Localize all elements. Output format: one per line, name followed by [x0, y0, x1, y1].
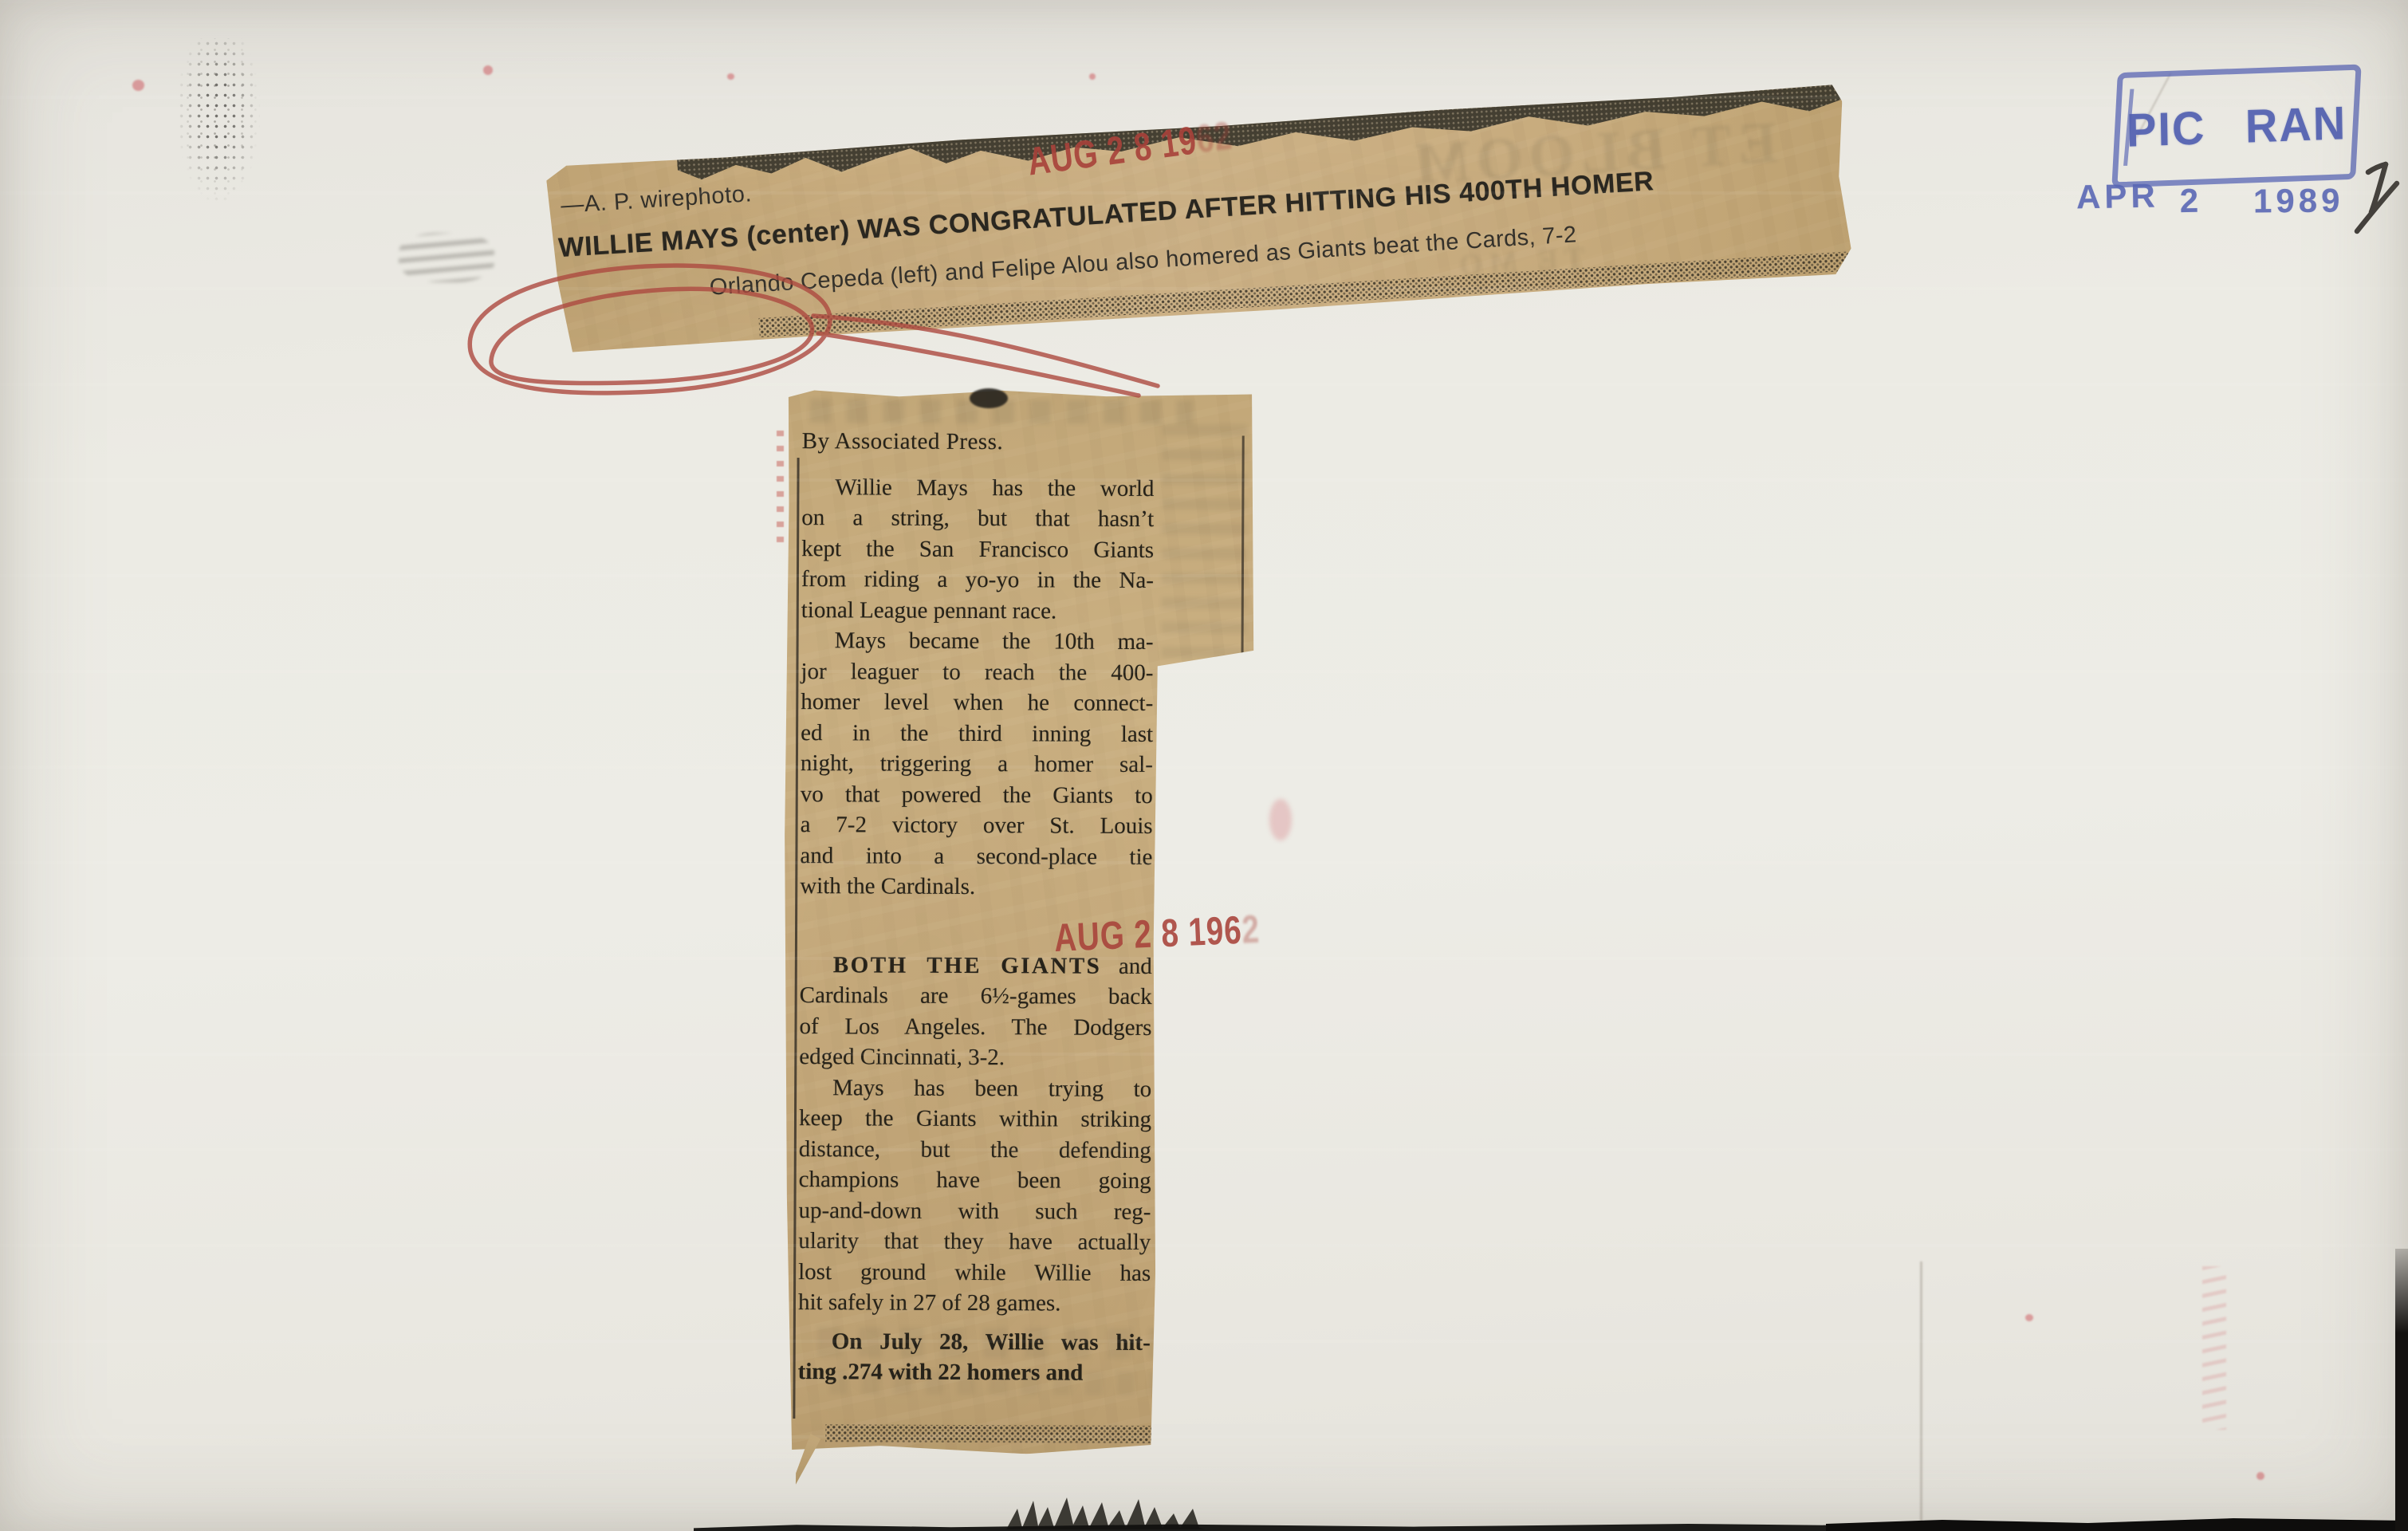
article-line: distance, but the defending — [799, 1134, 1151, 1166]
wirephoto-credit: —A. P. wirephoto. — [560, 181, 753, 219]
article-line: a 7-2 victory over St. Louis — [801, 809, 1153, 841]
article-line: On July 28, Willie was hit- — [798, 1326, 1151, 1358]
paper-crease — [1920, 1261, 1922, 1531]
article-line: hit safely in 27 of 28 games. — [798, 1287, 1151, 1319]
article-line: kept the San Francisco Giants — [801, 533, 1154, 565]
article-line: jor leaguer to reach the 400- — [801, 656, 1153, 688]
date-stamp-year: 1989 — [2253, 182, 2344, 221]
article-line: and into a second-place tie — [800, 840, 1152, 872]
article-text: By Associated Press.Willie Mays has the … — [798, 426, 1155, 1388]
article-line: homer level when he connect- — [801, 687, 1153, 718]
pencil-speck-cluster — [177, 38, 260, 203]
article-line: ularity that they have actually — [798, 1226, 1151, 1257]
article-line: tional League pennant race. — [801, 595, 1154, 627]
pink-ink-speck — [1089, 73, 1096, 80]
article-line: Willie Mays has the world — [801, 472, 1154, 504]
article-line: with the Cardinals. — [800, 871, 1152, 903]
article-line: edged Cincinnati, 3-2. — [799, 1041, 1151, 1073]
pink-speckle-streak — [2202, 1266, 2226, 1430]
article-line: from riding a yo-yo in the Na- — [801, 564, 1154, 596]
handwritten-mark — [2349, 158, 2408, 241]
article-line: ting .274 with 22 homers and — [798, 1356, 1151, 1388]
article-line: Mays became the 10th ma- — [801, 625, 1154, 657]
date-stamp-text-faded: 2 — [1241, 907, 1261, 952]
photo-back-scan: ET BLOOM TE MO —A. P. wirephoto. WILLIE … — [0, 0, 2408, 1531]
date-stamp-aug-28-196x: AUG 2 8 1962 — [1053, 909, 1289, 959]
article-line: lost ground while Willie has — [798, 1257, 1151, 1289]
stamp-month: APR — [2076, 177, 2159, 216]
article-line: up-and-down with such reg- — [798, 1195, 1151, 1227]
article-line: Mays has been trying to — [799, 1072, 1151, 1104]
pink-ink-speck — [2025, 1314, 2033, 1321]
article-line: By Associated Press. — [802, 426, 1155, 458]
article-line: of Los Angeles. The Dodgers — [799, 1011, 1151, 1043]
pink-smear — [1269, 799, 1292, 840]
pic-ran-stamp-label: PIC RAN — [2126, 95, 2347, 157]
column-rule-right — [1241, 435, 1245, 710]
article-line: keep the Giants within striking — [799, 1103, 1151, 1135]
article-line: on a string, but that hasn’t — [801, 502, 1154, 534]
pink-ink-speck — [2257, 1472, 2264, 1480]
red-pen-circle — [415, 231, 1196, 415]
halftone-dot-band — [825, 1424, 1244, 1443]
red-ink-marks — [777, 431, 784, 550]
pic-ran-stamp-box: PIC RAN — [2111, 64, 2361, 187]
scan-edge-bottom-right — [1826, 1515, 2408, 1531]
bleed-through-smudge — [1161, 424, 1246, 663]
pink-ink-speck — [132, 80, 144, 91]
stamp-day: 2 — [2179, 182, 2202, 220]
article-line: vo that powered the Giants to — [801, 779, 1153, 811]
date-stamp-apr-2: APR2 — [2076, 176, 2203, 217]
article-line: Cardinals are 6½-games back — [800, 980, 1152, 1012]
pink-ink-speck — [727, 73, 734, 80]
article-line: ed in the third inning last — [801, 718, 1153, 750]
article-line: night, triggering a homer sal- — [801, 748, 1153, 780]
pink-ink-speck — [483, 65, 493, 75]
scan-edge-right — [2395, 1249, 2408, 1531]
article-line: champions have been going — [799, 1164, 1151, 1196]
date-stamp-text-faded: 62 — [1194, 114, 1235, 162]
date-stamp-text: AUG 2 8 196 — [1053, 908, 1243, 960]
